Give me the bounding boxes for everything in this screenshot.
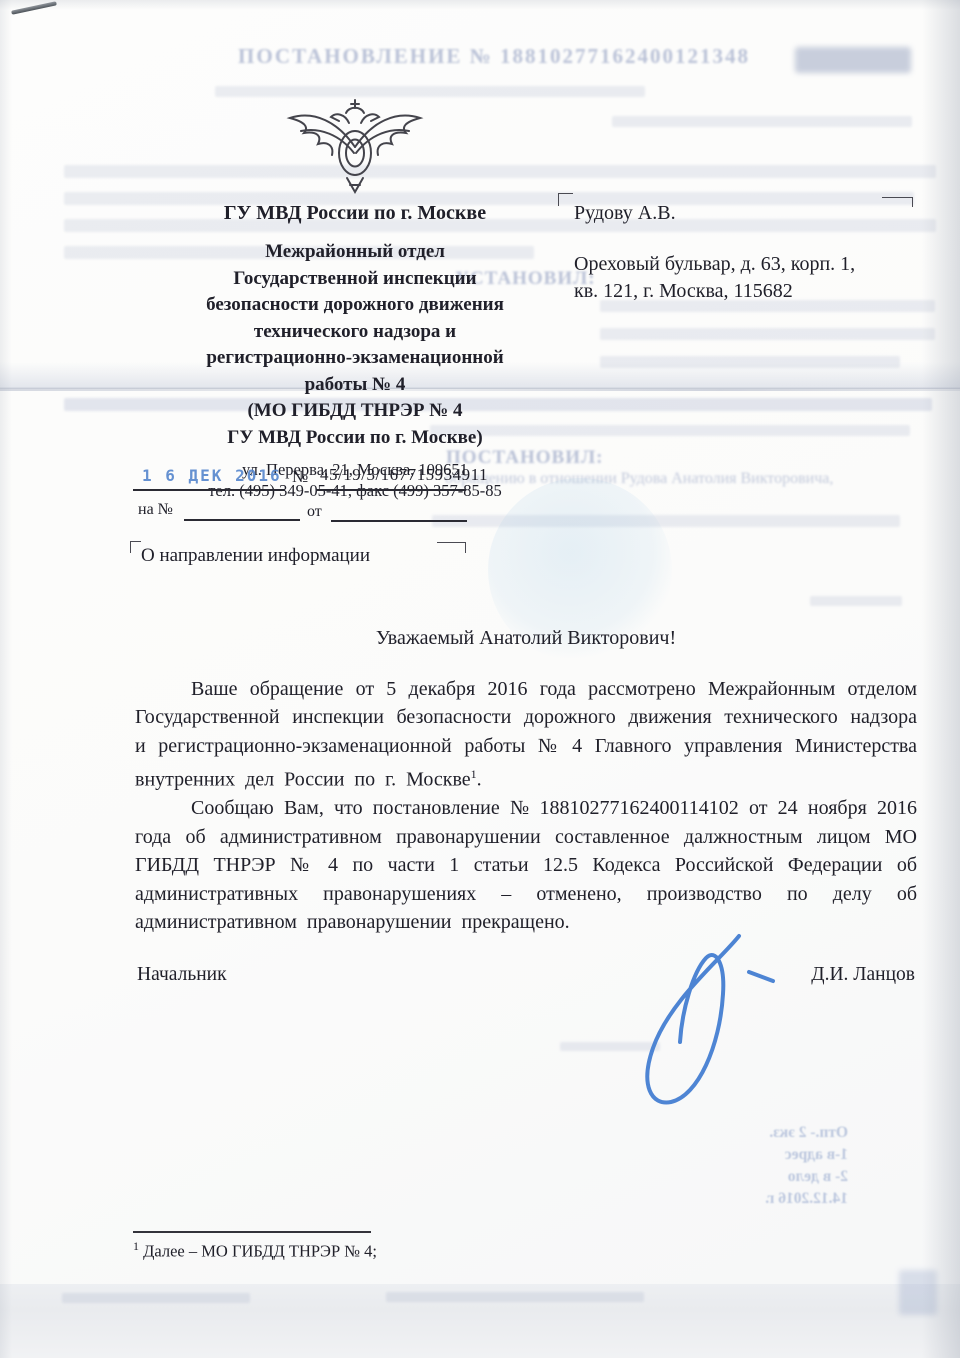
letterhead-dept-line: работы № 4 — [135, 372, 575, 399]
addressee-address-line: Ореховый бульвар, д. 63, корп. 1, — [574, 251, 904, 278]
incoming-date-stamp: 1 6 ДЕК 2016 — [142, 466, 282, 485]
letter-body: Уважаемый Анатолий Викторович! Ваше обра… — [135, 624, 917, 937]
number-sign-label: № — [292, 467, 308, 487]
bleedthrough-reverse-note: Отп.- 2 экз. 1-в адрес 2- в дело 14.12.2… — [688, 1122, 848, 1210]
paragraph-1-period: . — [477, 769, 482, 791]
letterhead: ГУ МВД России по г. Москве Межрайонный о… — [135, 92, 575, 501]
footnote: 1 Далее – МО ГИБДД ТНРЭР № 4; — [133, 1239, 377, 1262]
letterhead-department-block: Межрайонный отдел Государственной инспек… — [135, 239, 575, 451]
mvd-eagle-emblem — [280, 92, 430, 196]
on-number-underline — [184, 519, 300, 521]
scan-edge-shadow-right — [922, 0, 960, 1358]
signer-name: Д.И. Ланцов — [811, 964, 915, 986]
subject-corner-right — [437, 542, 466, 553]
paragraph-1-text: Ваше обращение от 5 декабря 2016 года ра… — [135, 678, 917, 791]
letterhead-org-title: ГУ МВД России по г. Москве — [135, 202, 575, 225]
scan-edge-shadow-top — [0, 0, 960, 10]
bleedthrough-line — [612, 116, 912, 127]
addressee-address-line: кв. 121, г. Москва, 115682 — [574, 278, 904, 305]
signer-title: Начальник — [137, 964, 227, 985]
salutation: Уважаемый Анатолий Викторович! — [135, 624, 917, 653]
from-label: от — [307, 503, 322, 521]
on-number-label: на № — [138, 501, 173, 519]
letterhead-dept-line: ГУ МВД России по г. Москве) — [135, 425, 575, 452]
addressee-corner-left — [558, 193, 573, 206]
addressee-name: Рудову А.В. — [574, 200, 904, 227]
bleedthrough-line — [600, 328, 935, 340]
letterhead-dept-line: безопасности дорожного движения — [135, 292, 575, 319]
scan-edge-shadow-left — [0, 0, 12, 1358]
bleedthrough-smudge — [795, 47, 911, 73]
number-underline — [316, 489, 466, 491]
addressee-block: Рудову А.В. Ореховый бульвар, д. 63, кор… — [574, 200, 904, 305]
subject-line: О направлении информации — [141, 545, 370, 567]
footnote-text: Далее – МО ГИБДД ТНРЭР № 4; — [139, 1242, 377, 1261]
bleedthrough-line — [810, 596, 902, 606]
letterhead-dept-line: Межрайонный отдел — [135, 239, 575, 266]
date-underline — [133, 489, 285, 491]
from-underline — [331, 520, 467, 522]
footnote-rule — [133, 1231, 371, 1233]
scanned-letter-page: ПОСТАНОВЛЕНИЕ № 18810277162400121348 УСТ… — [0, 0, 960, 1358]
reverse-note-line: 14.12.2016 г. — [688, 1188, 848, 1210]
bleedthrough-stamp-block — [899, 1270, 937, 1315]
bleedthrough-line — [386, 1292, 644, 1302]
outgoing-number: 45/19/3/167715934911 — [320, 465, 488, 485]
staple-mark — [11, 1, 57, 14]
reverse-note-line: Отп.- 2 экз. — [688, 1122, 848, 1144]
reverse-note-line: 2- в дело — [688, 1166, 848, 1188]
body-paragraph-1: Ваше обращение от 5 декабря 2016 года ра… — [135, 675, 917, 795]
reverse-note-line: 1-в адрес — [688, 1144, 848, 1166]
subject-corner-left — [130, 541, 141, 553]
letterhead-dept-line: Государственной инспекции — [135, 266, 575, 293]
bleedthrough-line — [62, 1293, 250, 1303]
body-paragraph-2: Сообщаю Вам, что постановление № 1881027… — [135, 794, 917, 937]
bleedthrough-heading: ПОСТАНОВЛЕНИЕ № 18810277162400121348 — [238, 44, 750, 69]
handwritten-signature — [618, 928, 803, 1118]
letterhead-dept-line: (МО ГИБДД ТНРЭР № 4 — [135, 398, 575, 425]
letterhead-dept-line: технического надзора и — [135, 319, 575, 346]
letterhead-dept-line: регистрационно-экзаменационной — [135, 345, 575, 372]
